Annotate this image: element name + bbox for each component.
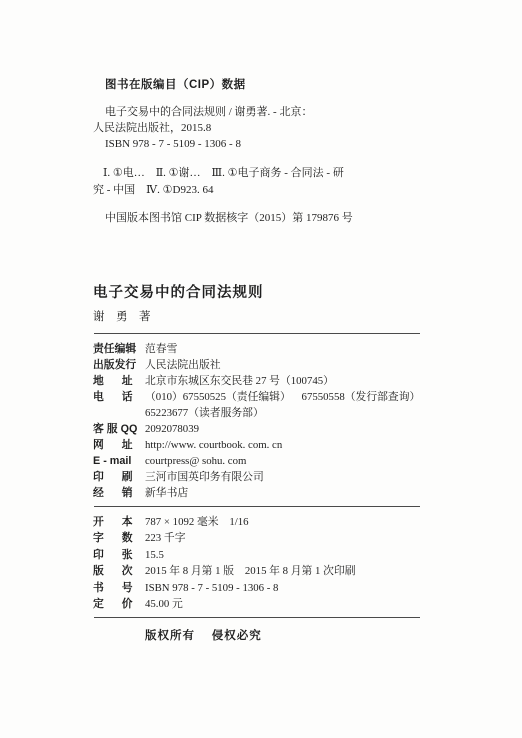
cip-description: 电子交易中的合同法规则 / 谢勇著. - 北京： 人民法院出版社，2015.8 … <box>93 104 426 152</box>
print-specs-table: 开 本 787 × 1092 毫米 1/16 字 数 223 千字 印 张 15… <box>93 514 426 612</box>
copyright-notice: 版权所有 侵权必究 <box>145 627 426 643</box>
row-value: 三河市国英印务有限公司 <box>145 469 264 485</box>
table-row: 责任编辑 范春雪 <box>93 341 426 357</box>
cip-classification: Ⅰ. ①电… Ⅱ. ①谢… Ⅲ. ①电子商务 - 合同法 - 研 究 - 中国 … <box>93 165 426 199</box>
row-value: 45.00 元 <box>145 596 183 612</box>
table-row: 印 张 15.5 <box>93 547 426 563</box>
row-label: 开 本 <box>93 514 145 530</box>
cip-header: 图书在版编目（CIP）数据 <box>105 76 426 92</box>
row-value: http://www. courtbook. com. cn <box>145 437 282 453</box>
cip-isbn-line: ISBN 978 - 7 - 5109 - 1306 - 8 <box>105 136 426 152</box>
row-label: 书 号 <box>93 580 145 596</box>
cip-description-line1: 电子交易中的合同法规则 / 谢勇著. - 北京： <box>105 104 426 120</box>
row-value: 范春雪 <box>145 341 177 357</box>
row-value: 787 × 1092 毫米 1/16 <box>145 514 249 530</box>
table-row: 地 址 北京市东城区东交民巷 27 号（100745） <box>93 373 426 389</box>
table-row: 书 号 ISBN 978 - 7 - 5109 - 1306 - 8 <box>93 580 426 596</box>
row-label: 经 销 <box>93 485 145 501</box>
table-row: 出版发行 人民法院出版社 <box>93 357 426 373</box>
table-row: 网 址 http://www. courtbook. com. cn <box>93 437 426 453</box>
cip-classification-line2: 究 - 中国 Ⅳ. ①D923. 64 <box>93 182 426 199</box>
row-label: 印 刷 <box>93 469 145 485</box>
row-value: （010）67550525（责任编辑） 67550558（发行部查询） <box>145 389 420 405</box>
row-label: 电 话 <box>93 389 145 405</box>
row-label: 定 价 <box>93 596 145 612</box>
table-row-continuation: 65223677（读者服务部） <box>93 405 426 421</box>
table-row: 电 话 （010）67550525（责任编辑） 67550558（发行部查询） <box>93 389 426 405</box>
row-label: 字 数 <box>93 530 145 546</box>
table-row: 字 数 223 千字 <box>93 530 426 546</box>
cip-record-number: 中国版本图书馆 CIP 数据核字（2015）第 179876 号 <box>105 209 426 225</box>
publication-info-table: 责任编辑 范春雪 出版发行 人民法院出版社 地 址 北京市东城区东交民巷 27 … <box>93 341 426 501</box>
row-label: E - mail <box>93 453 145 469</box>
row-value: 2015 年 8 月第 1 版 2015 年 8 月第 1 次印刷 <box>145 563 356 579</box>
table-row: 经 销 新华书店 <box>93 485 426 501</box>
row-label <box>93 405 145 421</box>
cip-classification-line1: Ⅰ. ①电… Ⅱ. ①谢… Ⅲ. ①电子商务 - 合同法 - 研 <box>103 165 426 182</box>
row-label: 客 服 QQ <box>93 421 145 437</box>
cip-description-line2: 人民法院出版社，2015.8 <box>93 120 426 136</box>
table-row: 开 本 787 × 1092 毫米 1/16 <box>93 514 426 530</box>
row-value: ISBN 978 - 7 - 5109 - 1306 - 8 <box>145 580 278 596</box>
table-row: 客 服 QQ 2092078039 <box>93 421 426 437</box>
row-label: 责任编辑 <box>93 341 145 357</box>
row-label: 网 址 <box>93 437 145 453</box>
row-value: courtpress@ sohu. com <box>145 453 246 469</box>
row-label: 版 次 <box>93 563 145 579</box>
row-value: 65223677（读者服务部） <box>145 405 264 421</box>
row-value: 15.5 <box>145 547 164 563</box>
book-title: 电子交易中的合同法规则 <box>93 281 426 302</box>
row-value: 2092078039 <box>145 421 199 437</box>
book-author: 谢 勇 著 <box>93 308 426 324</box>
table-row: 版 次 2015 年 8 月第 1 版 2015 年 8 月第 1 次印刷 <box>93 563 426 579</box>
row-value: 人民法院出版社 <box>145 357 221 373</box>
table-row: 定 价 45.00 元 <box>93 596 426 612</box>
divider-bottom <box>94 617 420 618</box>
row-label: 印 张 <box>93 547 145 563</box>
divider-top <box>94 333 420 334</box>
table-row: 印 刷 三河市国英印务有限公司 <box>93 469 426 485</box>
divider-middle <box>94 506 420 507</box>
row-value: 北京市东城区东交民巷 27 号（100745） <box>145 373 334 389</box>
row-label: 地 址 <box>93 373 145 389</box>
row-value: 223 千字 <box>145 530 186 546</box>
row-value: 新华书店 <box>145 485 188 501</box>
table-row: E - mail courtpress@ sohu. com <box>93 453 426 469</box>
row-label: 出版发行 <box>93 357 145 373</box>
copyright-page: 图书在版编目（CIP）数据 电子交易中的合同法规则 / 谢勇著. - 北京： 人… <box>0 0 522 738</box>
